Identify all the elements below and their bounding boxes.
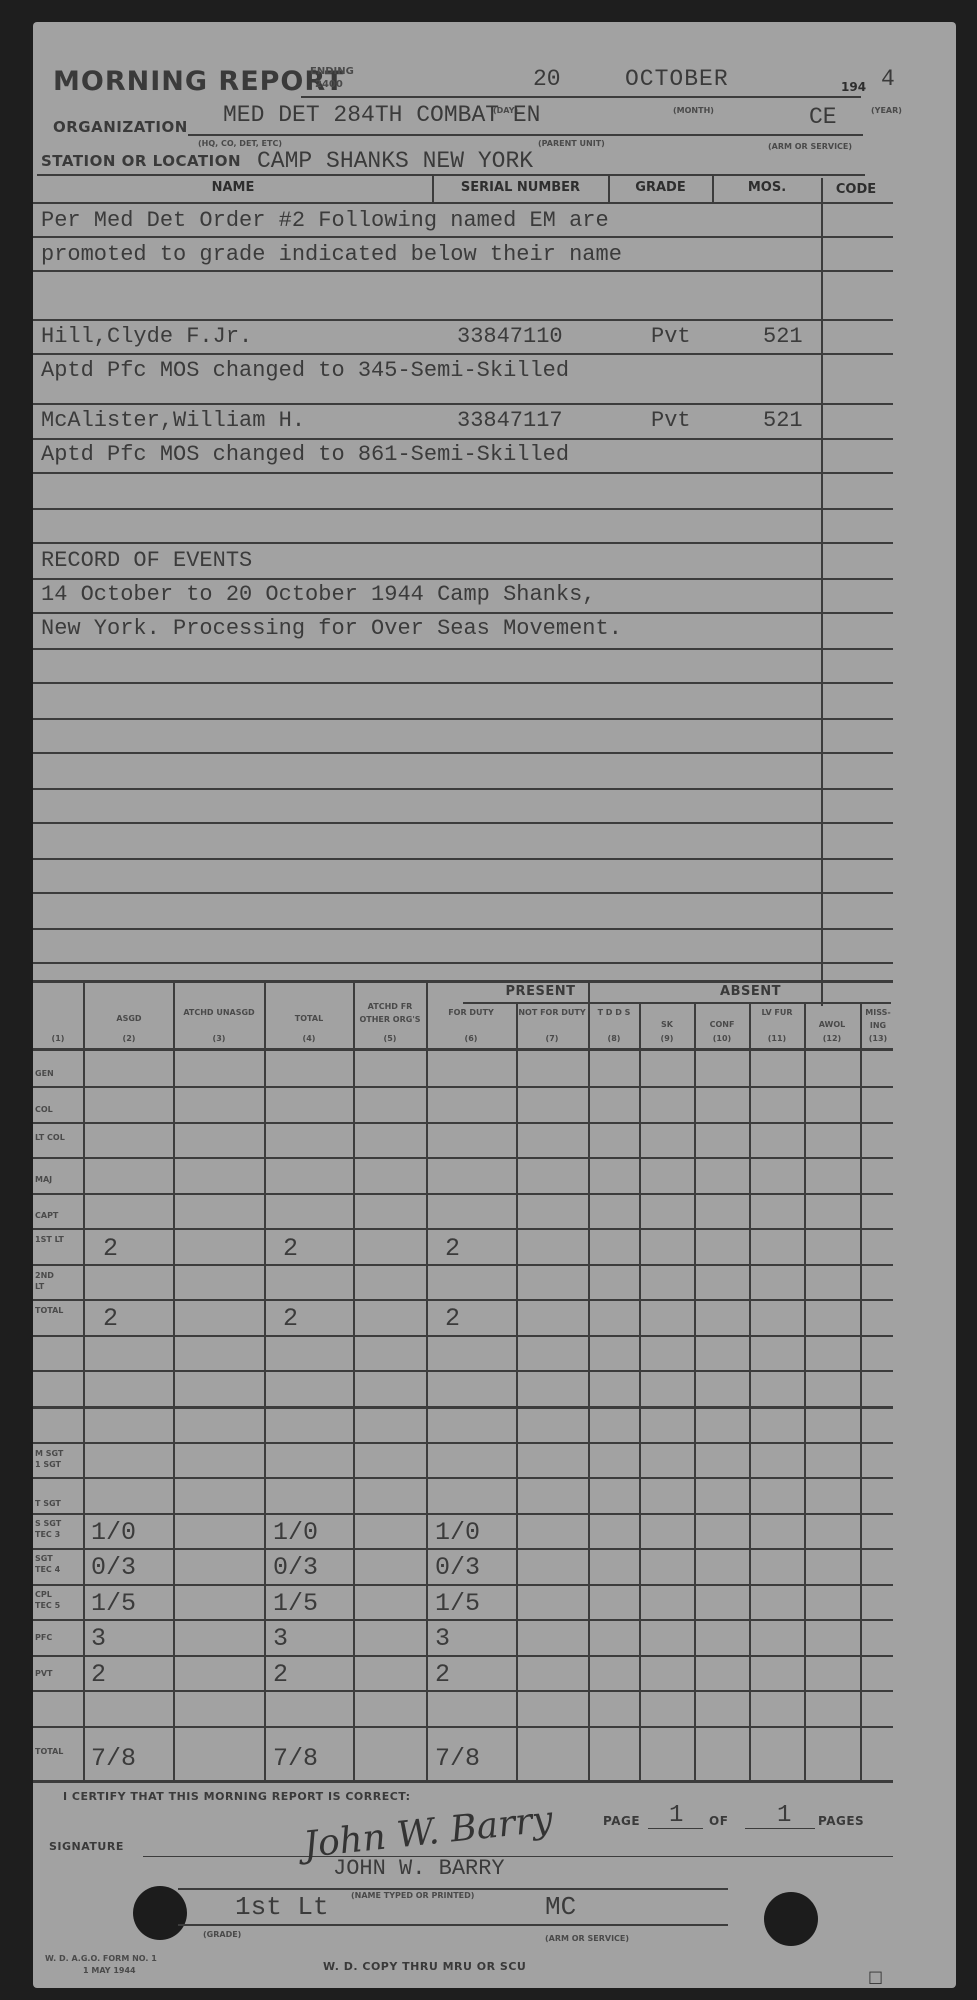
officer-total-total: 2 bbox=[283, 1304, 298, 1333]
parent-unit-caption: (PARENT UNIT) bbox=[538, 139, 605, 148]
report-day: 20 bbox=[533, 66, 561, 92]
1stlt-for-duty: 2 bbox=[445, 1234, 460, 1263]
row-sgt-label: SGT TEC 4 bbox=[35, 1553, 65, 1575]
grid-col bbox=[516, 1002, 518, 1782]
grade-caption: (GRADE) bbox=[203, 1930, 241, 1939]
hdr-for-duty: FOR DUTY bbox=[427, 1006, 515, 1019]
divider bbox=[712, 174, 714, 202]
name-line bbox=[178, 1888, 728, 1890]
station-value: CAMP SHANKS NEW YORK bbox=[257, 148, 533, 174]
row-ltcol-label: LT COL bbox=[35, 1132, 65, 1143]
officer-total-for-duty: 2 bbox=[445, 1304, 460, 1333]
hdr-missing: MISS-ING bbox=[861, 1006, 895, 1032]
rule bbox=[33, 578, 893, 580]
person2-serial: 33847117 bbox=[457, 408, 563, 433]
ssgt-for-duty: 1/0 bbox=[435, 1518, 480, 1547]
pages-total: 1 bbox=[777, 1802, 791, 1829]
sgt-asgd: 0/3 bbox=[91, 1553, 136, 1582]
row-msgt-label: M SGT 1 SGT bbox=[35, 1448, 65, 1470]
printed-name: JOHN W. BARRY bbox=[333, 1856, 505, 1881]
rule bbox=[33, 962, 893, 964]
binder-hole-right bbox=[764, 1892, 818, 1946]
rule bbox=[33, 353, 893, 355]
page-line bbox=[648, 1828, 703, 1829]
year-caption: (YEAR) bbox=[871, 106, 902, 115]
rule bbox=[33, 612, 893, 614]
grid-row bbox=[33, 1548, 893, 1550]
grid-col bbox=[804, 1002, 806, 1782]
grid-row bbox=[33, 1726, 893, 1728]
page-number: 1 bbox=[669, 1802, 683, 1829]
page-label: PAGE bbox=[603, 1814, 640, 1828]
present-group-label: PRESENT bbox=[463, 984, 618, 999]
grid-row bbox=[33, 1690, 893, 1692]
person1-name: Hill,Clyde F.Jr. bbox=[41, 324, 252, 349]
date-line bbox=[301, 96, 861, 98]
arm-service-caption: (ARM OR SERVICE) bbox=[545, 1934, 629, 1943]
sgt-total: 0/3 bbox=[273, 1553, 318, 1582]
person2-note: Aptd Pfc MOS changed to 861-Semi-Skilled bbox=[41, 442, 569, 467]
rule bbox=[33, 858, 893, 860]
grid-row bbox=[33, 1406, 893, 1409]
code-column-divider bbox=[821, 178, 823, 1006]
enlisted-total-asgd: 7/8 bbox=[91, 1744, 136, 1773]
hdr-lv-fur: LV FUR bbox=[750, 1006, 804, 1019]
signer-arm: MC bbox=[545, 1892, 576, 1922]
grade-line bbox=[178, 1924, 728, 1926]
copy-note: W. D. COPY THRU MRU OR SCU bbox=[323, 1960, 526, 1973]
grid-row bbox=[33, 1370, 893, 1372]
row-maj-label: MAJ bbox=[35, 1174, 52, 1185]
grid-row bbox=[33, 1193, 893, 1195]
hdr-total-num: (4) bbox=[265, 1032, 353, 1045]
grid-col bbox=[588, 982, 590, 1782]
hdr-atchd-other: ATCHD FR OTHER ORG'S bbox=[355, 1000, 425, 1026]
hdr-atchd-other-num: (5) bbox=[355, 1032, 425, 1045]
person2-name: McAlister,William H. bbox=[41, 408, 305, 433]
morning-report-page: MORNING REPORT ENDING 2400 20 OCTOBER 19… bbox=[33, 22, 956, 1988]
pfc-for-duty: 3 bbox=[435, 1624, 450, 1653]
grid-row bbox=[33, 1513, 893, 1515]
hdr-asgd: ASGD bbox=[85, 1012, 173, 1025]
grid-row bbox=[33, 1655, 893, 1657]
form-title: MORNING REPORT bbox=[53, 66, 344, 97]
signature-line bbox=[143, 1856, 893, 1857]
ending-time: 2400 bbox=[315, 79, 343, 90]
hdr-sk: SK bbox=[640, 1018, 694, 1031]
rule bbox=[33, 270, 893, 272]
rule bbox=[33, 472, 893, 474]
pvt-asgd: 2 bbox=[91, 1660, 106, 1689]
hdr-tdds-num: (8) bbox=[589, 1032, 639, 1045]
header-bottom bbox=[33, 1048, 893, 1051]
grid-col bbox=[353, 982, 355, 1782]
events-line-2: New York. Processing for Over Seas Movem… bbox=[41, 616, 622, 641]
certify-statement: I CERTIFY THAT THIS MORNING REPORT IS CO… bbox=[63, 1790, 411, 1803]
grid-col bbox=[749, 1002, 751, 1782]
hdr-lv-fur-num: (11) bbox=[750, 1032, 804, 1045]
grid-col bbox=[426, 982, 428, 1782]
hdr-awol-num: (12) bbox=[805, 1032, 859, 1045]
divider bbox=[608, 174, 610, 202]
pages-label: PAGES bbox=[818, 1814, 864, 1828]
col-serial: SERIAL NUMBER bbox=[433, 180, 608, 195]
name-caption: (NAME TYPED OR PRINTED) bbox=[351, 1891, 474, 1900]
grid-row bbox=[33, 1619, 893, 1621]
month-caption: (MONTH) bbox=[673, 106, 714, 115]
person1-mos: 521 bbox=[763, 324, 803, 349]
row-2ndlt-label: 2ND LT bbox=[35, 1270, 65, 1292]
row-officer-total-label: TOTAL bbox=[35, 1305, 65, 1316]
grid-row bbox=[33, 1264, 893, 1266]
pvt-for-duty: 2 bbox=[435, 1660, 450, 1689]
grid-bottom bbox=[33, 1780, 893, 1783]
row-gen-label: GEN bbox=[35, 1068, 54, 1079]
row-pfc-label: PFC bbox=[35, 1632, 52, 1643]
col-grade: GRADE bbox=[608, 180, 713, 195]
person1-serial: 33847110 bbox=[457, 324, 563, 349]
hdr-for-duty-num: (6) bbox=[427, 1032, 515, 1045]
row-capt-label: CAPT bbox=[35, 1210, 58, 1221]
events-line-1: 14 October to 20 October 1944 Camp Shank… bbox=[41, 582, 596, 607]
grid-row bbox=[33, 1299, 893, 1301]
rule bbox=[33, 236, 893, 238]
grid-row bbox=[33, 1335, 893, 1337]
rule bbox=[33, 928, 893, 930]
signature-label: SIGNATURE bbox=[49, 1840, 124, 1853]
organization-label: ORGANIZATION bbox=[53, 118, 188, 136]
hdr-missing-num: (13) bbox=[861, 1032, 895, 1045]
divider bbox=[432, 174, 434, 202]
enlisted-total-for-duty: 7/8 bbox=[435, 1744, 480, 1773]
rule bbox=[33, 822, 893, 824]
grid-row bbox=[33, 1157, 893, 1159]
col-code: CODE bbox=[823, 182, 889, 197]
station-line bbox=[37, 174, 865, 176]
cpl-for-duty: 1/5 bbox=[435, 1589, 480, 1618]
hdr-not-for-duty: NOT FOR DUTY bbox=[517, 1006, 587, 1019]
grid-row bbox=[33, 1584, 893, 1586]
rule bbox=[33, 892, 893, 894]
rule bbox=[33, 319, 893, 321]
row-tsgt-label: T SGT bbox=[35, 1498, 61, 1509]
hdr-awol: AWOL bbox=[805, 1018, 859, 1031]
rule bbox=[33, 682, 893, 684]
report-month: OCTOBER bbox=[625, 66, 729, 92]
rule bbox=[33, 508, 893, 510]
pages-line bbox=[745, 1828, 815, 1829]
hdr-atchd-unasgd-num: (3) bbox=[175, 1032, 263, 1045]
person2-grade: Pvt bbox=[651, 408, 691, 433]
rule bbox=[33, 438, 893, 440]
rule bbox=[33, 542, 893, 544]
grid-col bbox=[83, 982, 85, 1782]
organization-line bbox=[188, 134, 863, 136]
entry-line-1: Per Med Det Order #2 Following named EM … bbox=[41, 208, 609, 233]
arm-value: CE bbox=[809, 104, 837, 130]
row-enlisted-total-label: TOTAL bbox=[35, 1746, 65, 1757]
header-divider bbox=[33, 202, 893, 204]
enlisted-total-total: 7/8 bbox=[273, 1744, 318, 1773]
grid-row bbox=[33, 1086, 893, 1088]
record-of-events-title: RECORD OF EVENTS bbox=[41, 548, 252, 573]
grid-row bbox=[33, 1477, 893, 1479]
officer-total-asgd: 2 bbox=[103, 1304, 118, 1333]
hdr-conf: CONF bbox=[695, 1018, 749, 1031]
col-mos: MOS. bbox=[713, 180, 821, 195]
station-label: STATION OR LOCATION bbox=[41, 152, 241, 170]
ending-label: ENDING bbox=[310, 66, 354, 77]
checkbox-icon: □ bbox=[868, 1967, 883, 1986]
organization-value: MED DET 284TH COMBAT EN bbox=[223, 102, 540, 128]
row-1stlt-label: 1ST LT bbox=[35, 1234, 65, 1245]
hdr-sk-num: (9) bbox=[640, 1032, 694, 1045]
row-col-label: COL bbox=[35, 1104, 53, 1115]
1stlt-asgd: 2 bbox=[103, 1234, 118, 1263]
ssgt-asgd: 1/0 bbox=[91, 1518, 136, 1547]
form-number: W. D. A.G.O. FORM NO. 1 bbox=[45, 1954, 157, 1963]
grid-col bbox=[639, 1002, 641, 1782]
1stlt-total: 2 bbox=[283, 1234, 298, 1263]
org-caption: (HQ, CO, DET, ETC) bbox=[198, 139, 282, 148]
person1-note: Aptd Pfc MOS changed to 345-Semi-Skilled bbox=[41, 358, 569, 383]
binder-hole-left bbox=[133, 1886, 187, 1940]
hdr-tdds: T D D S bbox=[589, 1006, 639, 1019]
of-label: OF bbox=[709, 1814, 728, 1828]
pfc-asgd: 3 bbox=[91, 1624, 106, 1653]
entry-line-2: promoted to grade indicated below their … bbox=[41, 242, 622, 267]
grid-col bbox=[173, 982, 175, 1782]
grid-row bbox=[33, 1442, 893, 1444]
rule bbox=[33, 752, 893, 754]
rule bbox=[33, 403, 893, 405]
hdr-not-for-duty-num: (7) bbox=[517, 1032, 587, 1045]
grid-col bbox=[264, 982, 266, 1782]
absent-group-label: ABSENT bbox=[613, 984, 888, 999]
grid-row bbox=[33, 1122, 893, 1124]
rule bbox=[33, 788, 893, 790]
report-year: 4 bbox=[881, 66, 895, 92]
signer-grade: 1st Lt bbox=[235, 1892, 329, 1922]
hdr-atchd-unasgd: ATCHD UNASGD bbox=[175, 1006, 263, 1019]
sgt-for-duty: 0/3 bbox=[435, 1553, 480, 1582]
form-date: 1 MAY 1944 bbox=[83, 1966, 136, 1975]
arm-caption: (ARM OR SERVICE) bbox=[768, 142, 852, 151]
ssgt-total: 1/0 bbox=[273, 1518, 318, 1547]
grid-top bbox=[33, 980, 893, 983]
hdr-asgd-num: (2) bbox=[85, 1032, 173, 1045]
hdr-conf-num: (10) bbox=[695, 1032, 749, 1045]
rule bbox=[33, 648, 893, 650]
hdr-1-num: (1) bbox=[33, 1032, 83, 1045]
hdr-total: TOTAL bbox=[265, 1012, 353, 1025]
pvt-total: 2 bbox=[273, 1660, 288, 1689]
row-ssgt-label: S SGT TEC 3 bbox=[35, 1518, 65, 1540]
grid-col bbox=[860, 1002, 862, 1782]
row-pvt-label: PVT bbox=[35, 1668, 53, 1679]
cpl-total: 1/5 bbox=[273, 1589, 318, 1618]
rule bbox=[33, 718, 893, 720]
pfc-total: 3 bbox=[273, 1624, 288, 1653]
grid-col bbox=[694, 1002, 696, 1782]
group-divider bbox=[463, 1002, 891, 1004]
person2-mos: 521 bbox=[763, 408, 803, 433]
row-cpl-label: CPL TEC 5 bbox=[35, 1589, 65, 1611]
col-name: NAME bbox=[33, 180, 433, 195]
cpl-asgd: 1/5 bbox=[91, 1589, 136, 1618]
grid-row bbox=[33, 1228, 893, 1230]
year-prefix: 194 bbox=[841, 80, 866, 94]
person1-grade: Pvt bbox=[651, 324, 691, 349]
